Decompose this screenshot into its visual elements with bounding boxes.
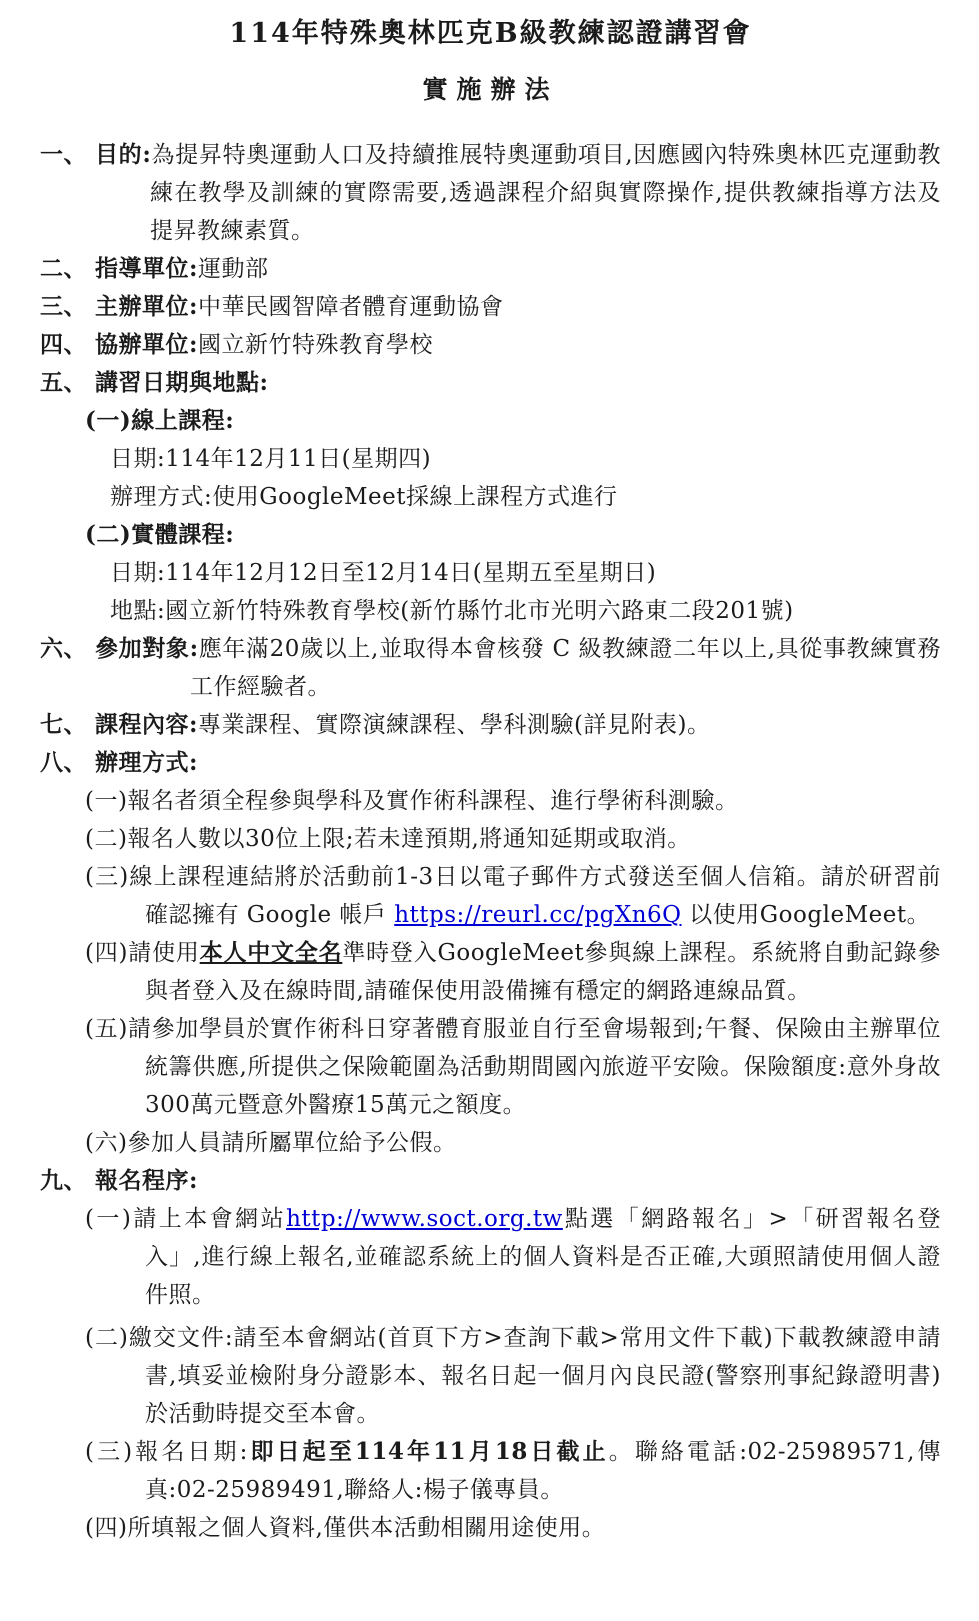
- physical-course-date: 日期:114年12月12日至12月14日(星期五至星期日): [110, 554, 941, 592]
- google-account-link[interactable]: https://reurl.cc/pgXn6Q: [394, 902, 681, 928]
- item-marker: (四): [85, 1515, 127, 1541]
- item-label: 講習日期與地點:: [95, 369, 269, 396]
- online-course-method: 辦理方式:使用GoogleMeet採線上課程方式進行: [110, 478, 941, 516]
- item-body: 報名程序:: [95, 1162, 941, 1200]
- item-text: 報名人數以30位上限;若未達預期,將通知延期或取消。: [127, 826, 690, 852]
- item-number: 三、: [40, 288, 95, 326]
- online-course-heading: (一)線上課程:: [85, 402, 941, 440]
- item-text: 為提昇特奧運動人口及持續推展特奧運動項目,因應國內特殊奧林匹克運動教練在教學及訓…: [150, 142, 941, 244]
- section-procedures: 八、 辦理方式: (一)報名者須全程參與學科及實作術科課程、進行學術科測驗。 (…: [40, 744, 941, 1162]
- item-text: 請使用: [128, 940, 200, 966]
- section-organizer: 三、 主辦單位:中華民國智障者體育運動協會: [40, 288, 941, 326]
- item-label: 目的:: [95, 141, 151, 168]
- item-marker: (一): [85, 1206, 131, 1232]
- physical-course-heading: (二)實體課程:: [85, 516, 941, 554]
- item-text: 繳交文件:請至本會網站(首頁下方>查詢下載>常用文件下載)下載教練證申請書,填妥…: [128, 1325, 941, 1427]
- item-number: 一、: [40, 136, 95, 250]
- deadline-emphasis: 即日起至114年11月18日截止: [248, 1438, 609, 1465]
- procedure-item-3: (三)線上課程連結將於活動前1-3日以電子郵件方式發送至個人信箱。請於研習前確認…: [85, 858, 941, 934]
- item-text: 報名者須全程參與學科及實作術科課程、進行學術科測驗。: [127, 788, 738, 814]
- section-registration: 九、 報名程序: (一)請上本會網站http://www.soct.org.tw…: [40, 1162, 941, 1547]
- soct-website-link[interactable]: http://www.soct.org.tw: [286, 1206, 563, 1232]
- item-marker: (五): [85, 1016, 128, 1042]
- registration-item-3: (三)報名日期:即日起至114年11月18日截止。聯絡電話:02-2598957…: [85, 1433, 941, 1509]
- item-label: 課程內容:: [95, 711, 198, 738]
- section-heading-row: 九、 報名程序:: [40, 1162, 941, 1200]
- item-text: 應年滿20歲以上,並取得本會核發 C 級教練證二年以上,具從事教練實務工作經驗者…: [190, 636, 941, 700]
- item-number: 四、: [40, 326, 95, 364]
- online-course-date: 日期:114年12月11日(星期四): [110, 440, 941, 478]
- section-participants: 六、 參加對象:應年滿20歲以上,並取得本會核發 C 級教練證二年以上,具從事教…: [40, 630, 941, 706]
- item-text: 國立新竹特殊教育學校: [198, 332, 433, 358]
- item-marker: (二): [85, 826, 127, 852]
- item-marker: (六): [85, 1130, 127, 1156]
- item-text: 中華民國智障者體育運動協會: [198, 294, 504, 320]
- item-text: 以使用GoogleMeet。: [682, 902, 931, 928]
- physical-course-location: 地點:國立新竹特殊教育學校(新竹縣竹北市光明六路東二段201號): [110, 592, 941, 630]
- section-heading-row: 五、 講習日期與地點:: [40, 364, 941, 402]
- procedure-item-1: (一)報名者須全程參與學科及實作術科課程、進行學術科測驗。: [85, 782, 941, 820]
- item-text: 報名日期:: [133, 1439, 248, 1465]
- item-body: 講習日期與地點:: [95, 364, 941, 402]
- item-body: 目的:為提昇特奧運動人口及持續推展特奧運動項目,因應國內特殊奧林匹克運動教練在教…: [95, 136, 941, 250]
- section-dates-and-venue: 五、 講習日期與地點: (一)線上課程: 日期:114年12月11日(星期四) …: [40, 364, 941, 630]
- item-label: 報名程序:: [95, 1167, 198, 1194]
- procedure-item-4: (四)請使用本人中文全名準時登入GoogleMeet參與線上課程。系統將自動記錄…: [85, 934, 941, 1010]
- item-label: 參加對象:: [95, 635, 199, 662]
- item-number: 五、: [40, 364, 95, 402]
- item-marker: (三): [85, 864, 129, 890]
- section-supervising-unit: 二、 指導單位:運動部: [40, 250, 941, 288]
- section-course-content: 七、 課程內容:專業課程、實際演練課程、學科測驗(詳見附表)。: [40, 706, 941, 744]
- item-number: 二、: [40, 250, 95, 288]
- registration-item-1: (一)請上本會網站http://www.soct.org.tw點選「網路報名」>…: [85, 1200, 941, 1314]
- item-body: 指導單位:運動部: [95, 250, 941, 288]
- page-title: 114年特殊奧林匹克B級教練認證講習會: [40, 14, 941, 54]
- item-marker: (三): [85, 1439, 133, 1465]
- procedure-item-2: (二)報名人數以30位上限;若未達預期,將通知延期或取消。: [85, 820, 941, 858]
- item-marker: (一): [85, 788, 127, 814]
- item-body: 課程內容:專業課程、實際演練課程、學科測驗(詳見附表)。: [95, 706, 941, 744]
- item-body: 參加對象:應年滿20歲以上,並取得本會核發 C 級教練證二年以上,具從事教練實務…: [95, 630, 941, 706]
- item-text: 運動部: [198, 256, 269, 282]
- section-heading-row: 八、 辦理方式:: [40, 744, 941, 782]
- item-text: 請上本會網站: [131, 1206, 286, 1232]
- item-number: 九、: [40, 1162, 95, 1200]
- item-number: 八、: [40, 744, 95, 782]
- item-body: 主辦單位:中華民國智障者體育運動協會: [95, 288, 941, 326]
- item-text: 所填報之個人資料,僅供本活動相關用途使用。: [127, 1515, 605, 1541]
- item-text: 專業課程、實際演練課程、學科測驗(詳見附表)。: [198, 712, 710, 738]
- page-subtitle: 實施辦法: [40, 70, 941, 110]
- registration-item-4: (四)所填報之個人資料,僅供本活動相關用途使用。: [85, 1509, 941, 1547]
- item-body: 辦理方式:: [95, 744, 941, 782]
- section-purpose: 一、 目的:為提昇特奧運動人口及持續推展特奧運動項目,因應國內特殊奧林匹克運動教…: [40, 136, 941, 250]
- item-text: 參加人員請所屬單位給予公假。: [127, 1130, 456, 1156]
- procedure-item-6: (六)參加人員請所屬單位給予公假。: [85, 1124, 941, 1162]
- item-marker: (二): [85, 1325, 128, 1351]
- item-label: 主辦單位:: [95, 293, 198, 320]
- item-number: 七、: [40, 706, 95, 744]
- item-body: 協辦單位:國立新竹特殊教育學校: [95, 326, 941, 364]
- emphasized-full-name: 本人中文全名: [200, 939, 343, 966]
- document-page: 114年特殊奧林匹克B級教練認證講習會 實施辦法 一、 目的:為提昇特奧運動人口…: [0, 0, 979, 1553]
- section-co-organizer: 四、 協辦單位:國立新竹特殊教育學校: [40, 326, 941, 364]
- item-text: 請參加學員於實作術科日穿著體育服並自行至會場報到;午餐、保險由主辦單位統籌供應,…: [128, 1016, 941, 1118]
- item-marker: (四): [85, 940, 128, 966]
- item-label: 指導單位:: [95, 255, 198, 282]
- item-label: 辦理方式:: [95, 749, 198, 776]
- registration-item-2: (二)繳交文件:請至本會網站(首頁下方>查詢下載>常用文件下載)下載教練證申請書…: [85, 1319, 941, 1433]
- item-number: 六、: [40, 630, 95, 706]
- procedure-item-5: (五)請參加學員於實作術科日穿著體育服並自行至會場報到;午餐、保險由主辦單位統籌…: [85, 1010, 941, 1124]
- item-label: 協辦單位:: [95, 331, 198, 358]
